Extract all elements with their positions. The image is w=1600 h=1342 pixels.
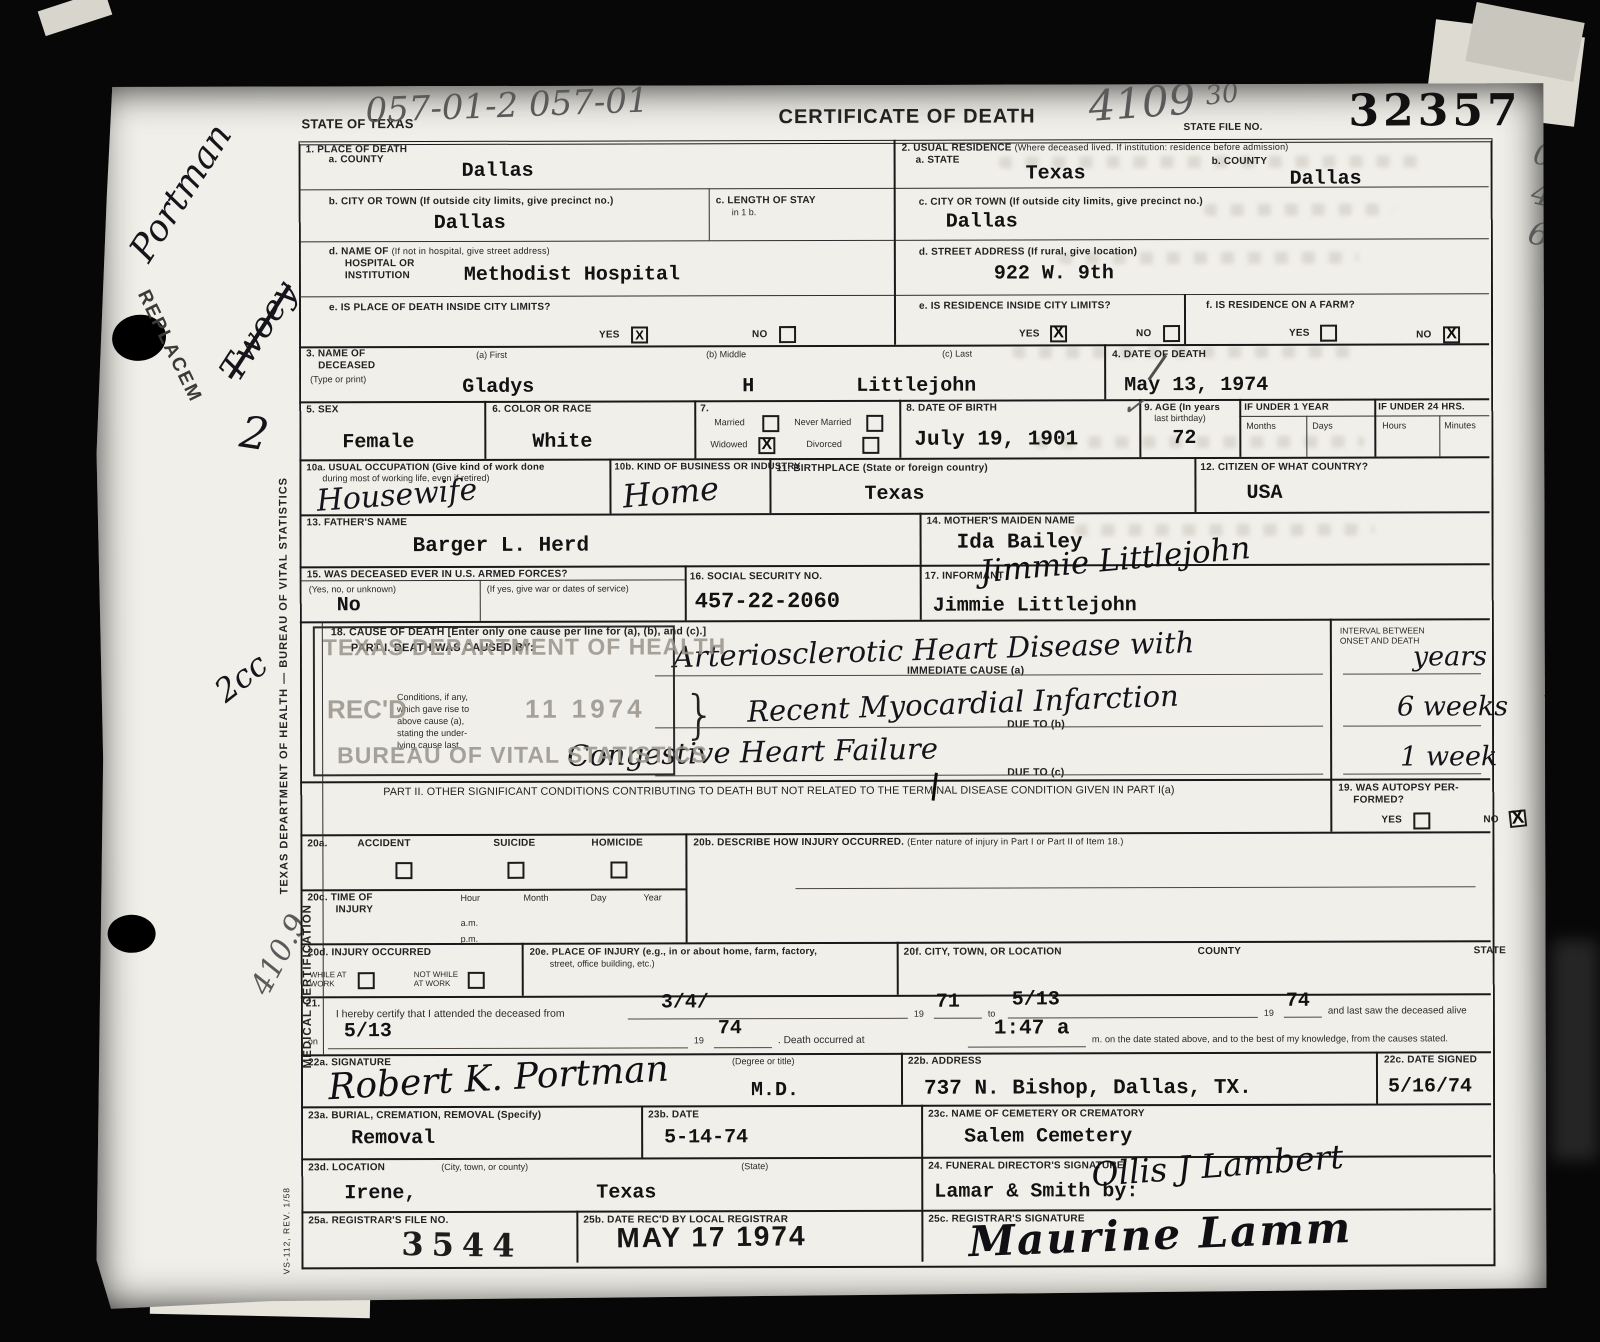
section2-title-main: 2. USUAL RESIDENCE [902,142,1012,153]
field-1b-label: b. CITY OR TOWN (If outside city limits,… [329,196,614,209]
field-15-sub2: (If yes, give war or dates of service) [487,584,629,595]
field-1d-label-paren: (If not in hospital, give street address… [392,246,550,256]
section3-title3: (Type or print) [310,374,366,385]
interval-a-value: years [1413,641,1487,672]
state-file-no-label: STATE FILE NO. [1183,122,1262,134]
field-20c-am-label: a.m. [461,918,479,929]
field-8-label: 8. DATE OF BIRTH [906,403,997,415]
field-23d-label: 23d. LOCATION [308,1162,385,1174]
field-1e-no-checkbox [779,326,796,343]
field-3a-label: (a) First [476,350,507,361]
field-23d-state-value: Texas [596,1183,656,1203]
field-2d-value: 922 W. 9th [994,264,1114,284]
photo-background: Portman Twoey REPLACEM 2 2cc 410.9 TEXAS… [0,0,1600,1342]
pencil-district-code: 057-01-2 057-01 [365,81,650,132]
field-3-last-value: Littlejohn [856,377,976,397]
field-9-label2: last birthday) [1154,413,1206,424]
field-16-value: 457-22-2060 [695,591,840,613]
field-20e-label: 20e. PLACE OF INJURY (e.g., in or about … [530,946,817,958]
field-20b-label: 20b. DESCRIBE HOW INJURY OCCURRED. (Ente… [693,836,1123,849]
field-7-divorced-label: Divorced [806,439,842,450]
field-2f-yes-checkbox [1320,325,1337,342]
field-12-value: USA [1246,484,1282,504]
field-1d-label3: INSTITUTION [345,270,410,282]
field-6-value: White [532,433,592,453]
field-1e-yes-checkbox: X [631,326,648,343]
margin-digit: 4 [1527,173,1556,215]
field-23d-city-value: Irene, [344,1184,416,1204]
field-23a-value: Removal [351,1129,435,1149]
field-9-under1yr-label: IF UNDER 1 YEAR [1244,402,1329,414]
section2-title: 2. USUAL RESIDENCE (Where deceased lived… [902,142,1289,155]
field-7-widowed-checkbox: X [758,437,775,454]
interval-b-value: 6 weeks [1397,691,1508,722]
field-22c-value: 5/16/74 [1388,1077,1472,1097]
field-15-label: 15. WAS DECEASED EVER IN U.S. ARMED FORC… [307,569,568,582]
certificate-number: 32357 [1348,85,1521,136]
field-23d-sub2: (State) [741,1161,768,1172]
field-7-married-checkbox [762,415,779,432]
field-2a-label: a. STATE [916,155,960,167]
field-18-due-c-label: DUE TO (c) [1007,766,1064,779]
field-23b-label: 23b. DATE [648,1109,699,1121]
field-19-label2: FORMED? [1353,794,1404,806]
field-22a-degree-label: (Degree or title) [732,1056,795,1067]
top-left-paper-scrap [38,0,113,36]
field-21-text2: and last saw the deceased alive [1328,1005,1467,1017]
field-2e-yes-checkbox: X [1050,325,1067,342]
margin-handwritten-portman: Portman [122,117,240,269]
field-21-time-value: 1:47 a [994,1018,1070,1039]
field-23c-value: Salem Cemetery [964,1127,1132,1147]
field-21-text4: m. on the date stated above, and to the … [1092,1033,1448,1045]
field-21-text3: . Death occurred at [778,1035,865,1047]
field-23a-label: 23a. BURIAL, CREMATION, REMOVAL (Specify… [308,1110,541,1123]
field-2f-yes-label: YES [1289,328,1310,340]
field-7-divorced-checkbox [862,437,879,454]
field-2c-label: c. CITY OR TOWN (If outside city limits,… [919,196,1203,209]
field-1d-label2: HOSPITAL OR [345,258,415,270]
field-7-label: 7. [700,403,709,415]
section3-title2: DECEASED [318,360,375,372]
field-3-first-value: Gladys [462,378,534,398]
field-4-label: 4. DATE OF DEATH [1112,349,1206,361]
margin-form-number: VS-112, REV. 1/58 [281,1124,291,1274]
pencil-file-number: 4109 [1087,74,1197,131]
field-20f-state-label: STATE [1474,945,1506,957]
field-2c-value: Dallas [946,212,1018,232]
field-2d-label: d. STREET ADDRESS (If rural, give locati… [919,246,1137,259]
field-12-label: 12. CITIZEN OF WHAT COUNTRY? [1200,462,1368,474]
field-5-value: Female [342,433,414,453]
field-1a-value: Dallas [462,162,534,182]
field-23b-value: 5-14-74 [664,1128,748,1148]
field-21-year1-value: 71 [936,993,960,1013]
field-20a-suicide-checkbox [507,862,524,879]
field-20c-year-label: Year [644,892,662,903]
field-25a-stamped-value: 3544 [401,1225,523,1265]
field-20a-number: 20a. [307,838,327,850]
field-20d-while2: WORK [310,979,335,989]
field-21-to-date-value: 5/13 [1012,990,1060,1010]
field-9-label: 9. AGE (In years [1144,402,1220,414]
field-17-typed-value: Jimmie Littlejohn [933,596,1137,617]
field-2a-value: Texas [1026,164,1086,184]
field-13-value: Barger L. Herd [413,536,589,557]
field-20c-day-label: Day [591,893,607,904]
field-21-19a: 19 [914,1009,924,1020]
field-20c-label1: 20c. TIME OF [308,892,373,904]
received-stamp-line3: BUREAU OF VITAL STATISTICS [337,741,708,769]
field-20e-label2: street, office building, etc.) [550,958,655,969]
field-9-value: 72 [1172,429,1196,449]
field-20d-not2: AT WORK [414,979,451,989]
right-edge-smudge [1552,940,1598,1160]
interval-header-2: ONSET AND DEATH [1340,635,1420,645]
field-2f-no-label: NO [1416,329,1431,341]
field-9-hours-label: Hours [1382,420,1406,431]
certificate-title: CERTIFICATE OF DEATH [778,104,1035,129]
received-stamp-date: 11 1974 [525,693,646,724]
field-21-text1: I hereby certify that I attended the dec… [336,1008,565,1021]
field-16-label: 16. SOCIAL SECURITY NO. [690,571,823,583]
field-15-value: No [337,596,361,616]
field-22b-label: 22b. ADDRESS [908,1056,982,1068]
field-19-yes-checkbox [1413,812,1430,829]
field-3c-label: (c) Last [942,349,972,360]
interval-header-1: INTERVAL BETWEEN [1340,625,1425,635]
field-19-no-label: NO [1483,814,1498,826]
interval-c-value: 1 week [1400,741,1497,772]
field-2b-label: b. COUNTY [1212,156,1268,168]
field-1b-value: Dallas [434,214,506,234]
field-1e-label: e. IS PLACE OF DEATH INSIDE CITY LIMITS? [329,302,551,315]
field-22a-degree-value: M.D. [751,1081,799,1101]
field-19-label1: 19. WAS AUTOPSY PER- [1338,782,1459,794]
field-2e-yes-label: YES [1019,328,1040,340]
field-1c-label2: in 1 b. [732,207,757,218]
field-7-never-married-label: Never Married [794,417,851,428]
field-7-married-label: Married [714,417,745,428]
field-20c-month-label: Month [524,893,549,904]
field-22c-label: 22c. DATE SIGNED [1384,1054,1477,1066]
certificate-paper: Portman Twoey REPLACEM 2 2cc 410.9 TEXAS… [93,83,1546,1309]
margin-vertical-dept-text: TEXAS DEPARTMENT OF HEALTH — BUREAU OF V… [277,274,291,894]
field-9-days-label: Days [1312,421,1333,432]
field-7-never-married-checkbox [866,415,883,432]
field-2e-label: e. IS RESIDENCE INSIDE CITY LIMITS? [919,300,1111,313]
field-20f-label: 20f. CITY, TOWN, OR LOCATION [904,946,1062,958]
field-20a-accident-label: ACCIDENT [357,838,410,850]
field-1d-label: d. NAME OF (If not in hospital, give str… [329,246,550,259]
field-20c-pm-label: p.m. [461,934,479,945]
field-20d-label: 20d. INJURY OCCURRED [308,947,431,959]
field-20c-hour-label: Hour [461,893,481,904]
margin-handwritten-2: 2 [237,407,273,462]
field-21-19b: 19 [1264,1008,1274,1019]
field-11-label: 11. BIRTHPLACE (State or foreign country… [776,463,988,476]
field-1d-value: Methodist Hospital [464,265,680,286]
field-25b-stamped-value: MAY 17 1974 [616,1220,806,1254]
field-2f-no-checkbox: X [1443,326,1460,343]
field-20b-label-paren: (Enter nature of injury in Part I or Par… [907,836,1124,847]
pencil-file-number-2: 30 [1204,78,1240,111]
field-14-label: 14. MOTHER'S MAIDEN NAME [927,515,1075,527]
margin-handwritten-crossed-word: Twoey [212,274,305,388]
field-21-19c: 19 [694,1035,704,1046]
field-1a-label: a. COUNTY [329,154,384,166]
field-20b-label-main: 20b. DESCRIBE HOW INJURY OCCURRED. [693,837,904,849]
field-2b-value: Dallas [1290,170,1362,190]
field-1e-yes-label: YES [599,330,620,342]
pencil-check-mark: ✓ [1120,391,1146,424]
section3-title: 3. NAME OF [306,348,365,360]
field-7-widowed-label: Widowed [710,439,747,450]
margin-digit: 0 [1530,136,1557,175]
field-1d-label-main: d. NAME OF [329,246,389,257]
field-2e-no-checkbox [1163,325,1180,342]
field-21-year3-value: 74 [718,1019,742,1039]
margin-pencil-one: 1 [1541,674,1560,704]
field-13-label: 13. FATHER'S NAME [307,517,408,529]
field-21-attended-from-value: 3/4/ [661,993,709,1013]
field-18-due-b-label: DUE TO (b) [1007,718,1065,731]
margin-digit: 6 [1524,213,1554,255]
field-6-label: 6. COLOR OR RACE [492,404,591,416]
field-10a-label: 10a. USUAL OCCUPATION (Give kind of work… [306,462,544,474]
field-20a-accident-checkbox [395,862,412,879]
field-21-number: 21. [306,998,321,1010]
field-21-year2-value: 74 [1286,992,1310,1012]
field-1e-no-label: NO [752,329,767,341]
field-9-months-label: Months [1246,421,1276,432]
field-21-alive-date-value: 5/13 [344,1022,392,1042]
field-3b-label: (b) Middle [706,349,746,360]
field-19-yes-label: YES [1381,814,1402,826]
field-20f-county-label: COUNTY [1198,946,1241,958]
field-23d-sub1: (City, town, or county) [441,1162,528,1173]
punch-hole [108,915,156,953]
field-20a-homicide-label: HOMICIDE [591,837,643,849]
field-2e-no-label: NO [1136,328,1151,340]
field-9-minutes-label: Minutes [1444,420,1476,431]
field-20c-label2: INJURY [336,904,374,916]
received-stamp-recd: REC'D [327,694,407,725]
field-20d-not-checkbox [468,972,485,989]
field-20d-while-checkbox [358,972,375,989]
field-11-value: Texas [864,485,924,505]
field-23c-label: 23c. NAME OF CEMETERY OR CREMATORY [928,1108,1145,1121]
field-8-value: July 19, 1901 [914,429,1078,450]
part2-text: PART II. OTHER SIGNIFICANT CONDITIONS CO… [383,784,1174,799]
field-19-no-checkbox: X [1508,809,1527,828]
field-5-label: 5. SEX [306,404,338,416]
field-9-under24-label: IF UNDER 24 HRS. [1378,401,1465,413]
section2-title-paren: (Where deceased lived. If institution: r… [1015,142,1289,153]
field-2f-label: f. IS RESIDENCE ON A FARM? [1206,300,1355,312]
field-20a-homicide-checkbox [610,862,627,879]
field-20a-suicide-label: SUICIDE [493,838,535,850]
field-22b-value: 737 N. Bishop, Dallas, TX. [924,1078,1252,1100]
received-stamp-line1: TEXAS DEPARTMENT OF HEALTH [323,633,726,661]
field-3-middle-value: H [742,377,754,397]
field-1c-label: c. LENGTH OF STAY [716,195,816,207]
margin-handwritten-2cc: 2cc [207,645,275,710]
field-21-on: on [308,1036,318,1047]
